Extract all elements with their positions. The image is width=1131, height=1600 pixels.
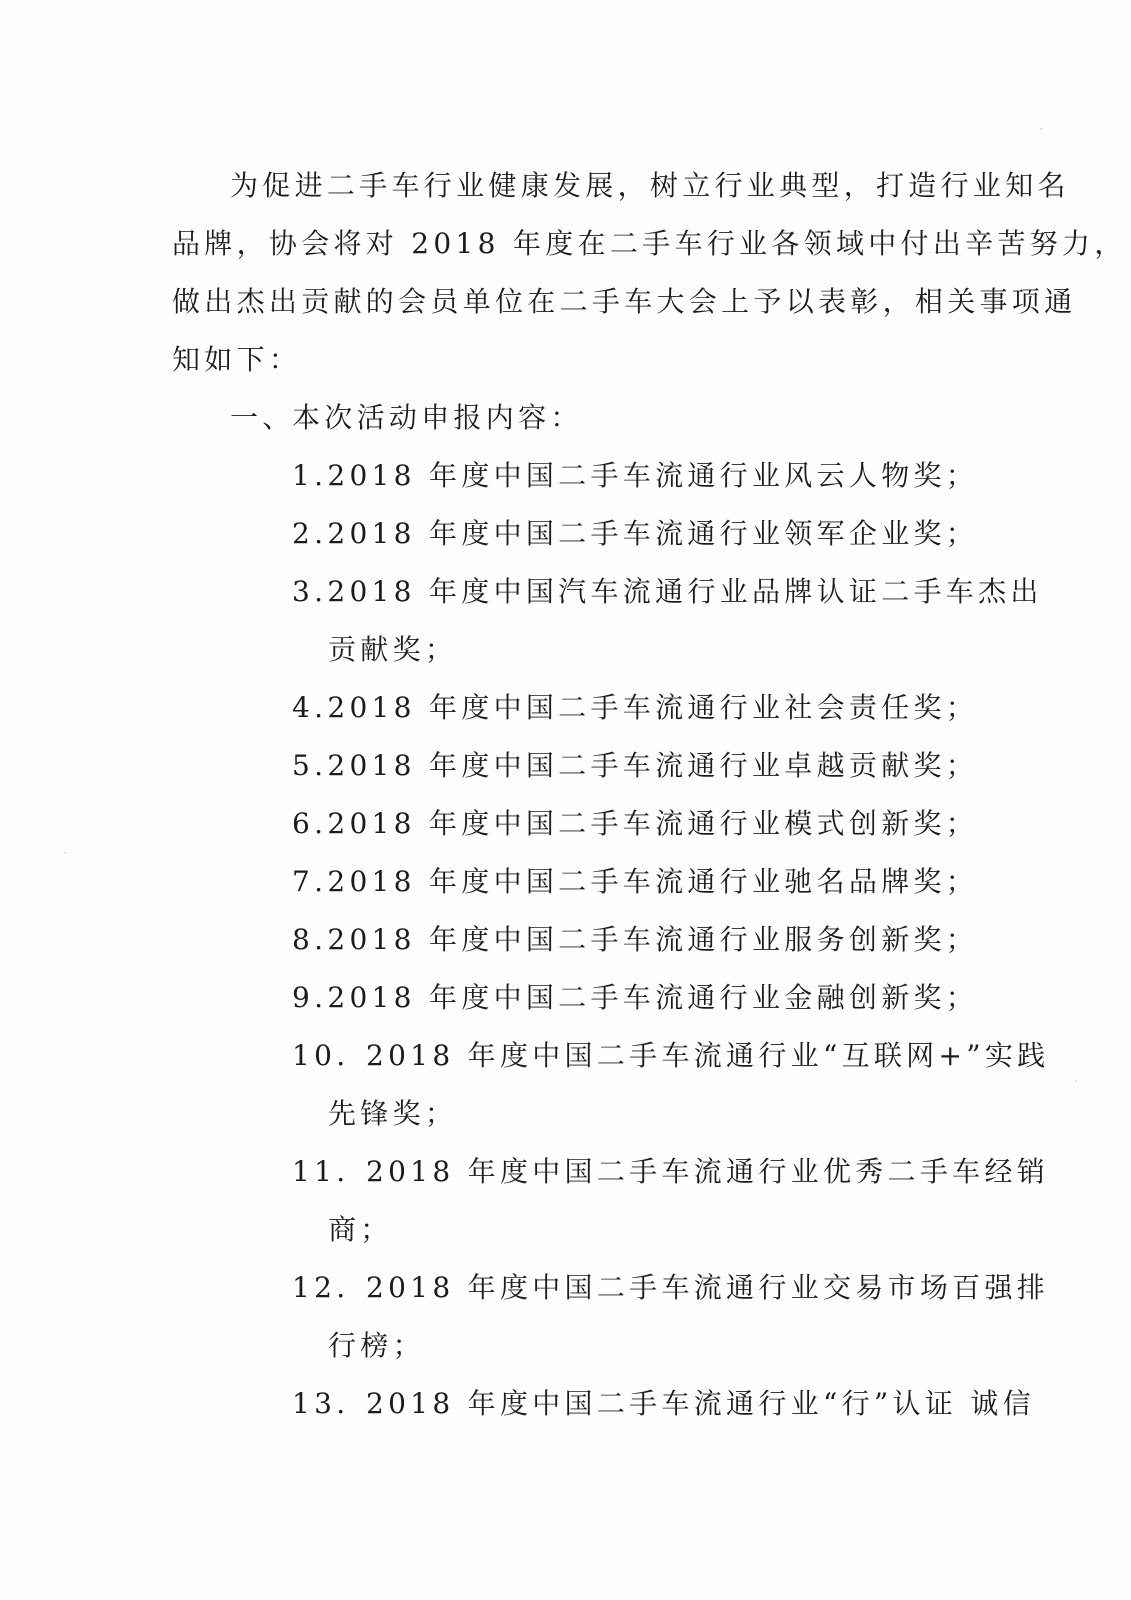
item-number: 10. [292, 1038, 366, 1074]
item-text: 2018 年度中国二手车流通行业“行”认证 诚信 [366, 1387, 1035, 1420]
list-item-5: 5.2018 年度中国二手车流通行业卓越贡献奖； [292, 748, 978, 784]
item-number: 2. [292, 516, 327, 552]
section-heading: 一、本次活动申报内容： [230, 400, 583, 436]
list-item-3: 3.2018 年度中国汽车流通行业品牌认证二手车杰出 [292, 574, 1043, 610]
list-item-3-continuation: 贡献奖； [328, 632, 457, 668]
list-item-10-continuation: 先锋奖； [328, 1096, 457, 1132]
item-text: 2018 年度中国二手车流通行业领军企业奖； [327, 517, 978, 550]
intro-line-2: 品牌，协会将对 2018 年度在二手车行业各领域中付出辛苦努力， [172, 226, 1127, 262]
list-item-13: 13.2018 年度中国二手车流通行业“行”认证 诚信 [292, 1386, 1035, 1422]
list-item-4: 4.2018 年度中国二手车流通行业社会责任奖； [292, 690, 978, 726]
list-item-12: 12.2018 年度中国二手车流通行业交易市场百强排 [292, 1270, 1049, 1306]
item-text: 2018 年度中国二手车流通行业风云人物奖； [327, 459, 978, 492]
item-number: 8. [292, 922, 327, 958]
scan-artifact [1040, 128, 1042, 130]
item-number: 11. [292, 1154, 366, 1190]
section-marker: 一、 [230, 400, 292, 436]
item-text: 2018 年度中国二手车流通行业社会责任奖； [327, 691, 978, 724]
intro-line-1: 为促进二手车行业健康发展，树立行业典型，打造行业知名 [230, 168, 1070, 204]
intro-line-3: 做出杰出贡献的会员单位在二手车大会上予以表彰，相关事项通 [172, 284, 1076, 320]
list-item-11-continuation: 商； [328, 1212, 393, 1248]
item-text: 2018 年度中国二手车流通行业模式创新奖； [327, 807, 978, 840]
list-item-8: 8.2018 年度中国二手车流通行业服务创新奖； [292, 922, 978, 958]
item-number: 1. [292, 458, 327, 494]
item-text: 2018 年度中国二手车流通行业卓越贡献奖； [327, 749, 978, 782]
list-item-11: 11.2018 年度中国二手车流通行业优秀二手车经销 [292, 1154, 1049, 1190]
list-item-6: 6.2018 年度中国二手车流通行业模式创新奖； [292, 806, 978, 842]
section-title: 本次活动申报内容： [292, 401, 583, 434]
list-item-1: 1.2018 年度中国二手车流通行业风云人物奖； [292, 458, 978, 494]
list-item-12-continuation: 行榜； [328, 1328, 425, 1364]
item-text: 2018 年度中国二手车流通行业驰名品牌奖； [327, 865, 978, 898]
item-number: 5. [292, 748, 327, 784]
item-number: 12. [292, 1270, 366, 1306]
item-text: 2018 年度中国二手车流通行业服务创新奖； [327, 923, 978, 956]
item-text: 2018 年度中国二手车流通行业金融创新奖； [327, 981, 978, 1014]
item-number: 7. [292, 864, 327, 900]
item-text: 2018 年度中国二手车流通行业“互联网+”实践 [366, 1039, 1049, 1072]
intro-line-4: 知如下： [172, 342, 301, 378]
list-item-2: 2.2018 年度中国二手车流通行业领军企业奖； [292, 516, 978, 552]
list-item-7: 7.2018 年度中国二手车流通行业驰名品牌奖； [292, 864, 978, 900]
scan-artifact [1075, 1080, 1077, 1082]
item-number: 4. [292, 690, 327, 726]
item-text: 2018 年度中国二手车流通行业交易市场百强排 [366, 1271, 1049, 1304]
item-number: 6. [292, 806, 327, 842]
item-number: 3. [292, 574, 327, 610]
item-text: 2018 年度中国二手车流通行业优秀二手车经销 [366, 1155, 1049, 1188]
list-item-10: 10.2018 年度中国二手车流通行业“互联网+”实践 [292, 1038, 1049, 1074]
list-item-9: 9.2018 年度中国二手车流通行业金融创新奖； [292, 980, 978, 1016]
document-page: 为促进二手车行业健康发展，树立行业典型，打造行业知名 品牌，协会将对 2018 … [0, 0, 1131, 1600]
item-text: 2018 年度中国汽车流通行业品牌认证二手车杰出 [327, 575, 1042, 608]
item-number: 13. [292, 1386, 366, 1422]
item-number: 9. [292, 980, 327, 1016]
scan-artifact [64, 852, 66, 854]
